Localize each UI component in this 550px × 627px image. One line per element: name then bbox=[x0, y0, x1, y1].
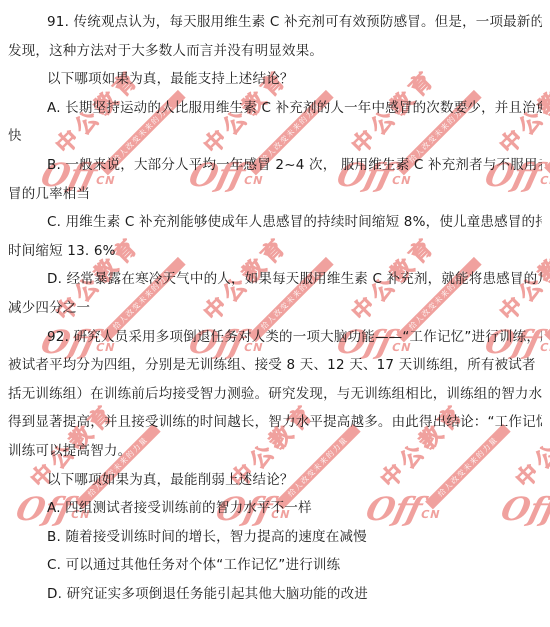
text-line: 发现，这种方法对于大多数人而言并没有明显效果。 bbox=[8, 37, 542, 66]
text-line: 括无训练组）在训练前后均接受智力测验。研究发现，与无训练组相比，训练组的智力水平 bbox=[8, 380, 542, 409]
text-line: 以下哪项如果为真，最能削弱上述结论？ bbox=[8, 466, 542, 495]
text-line: 91. 传统观点认为，每天服用维生素 C 补充剂可有效预防感冒。但是，一项最新的… bbox=[8, 8, 542, 37]
text-line: D. 研究证实多项倒退任务能引起其他大脑功能的改进 bbox=[8, 580, 542, 609]
text-line: 快 bbox=[8, 122, 542, 151]
text-line: 减少四分之一 bbox=[8, 294, 542, 323]
text-line: 被试者平均分为四组，分别是无训练组、接受 8 天、12 天、17 天训练组，所有… bbox=[8, 351, 542, 380]
text-line: D. 经常暴露在寒冷天气中的人，如果每天服用维生素 C 补充剂，就能将患感冒的几… bbox=[8, 265, 542, 294]
text-line: B. 一般来说，大部分人平均一年感冒 2~4 次， 服用维生素 C 补充剂者与不… bbox=[8, 151, 542, 180]
text-line: 冒的几率相当 bbox=[8, 180, 542, 209]
text-line: B. 随着接受训练时间的增长，智力提高的速度在减慢 bbox=[8, 523, 542, 552]
text-line: A. 四组测试者接受训练前的智力水平不一样 bbox=[8, 494, 542, 523]
text-line: 得到显著提高，并且接受训练的时间越长，智力水平提高越多。由此得出结论：“工作记忆… bbox=[8, 408, 542, 437]
text-line: 92. 研究人员采用多项倒退任务对人类的一项大脑功能——“工作记忆”进行训练，所… bbox=[8, 323, 542, 352]
document-page: 中公教育 给人改变未来的力量 Off CN 中公教育 给人改变未来的力量 Off… bbox=[0, 0, 550, 627]
text-line: A. 长期坚持运动的人比服用维生素 C 补充剂的人一年中感冒的次数要少，并且治愈… bbox=[8, 94, 542, 123]
text-line: 训练可以提高智力。 bbox=[8, 437, 542, 466]
text-line: 时间缩短 13. 6% bbox=[8, 237, 542, 266]
text-line: C. 可以通过其他任务对个体“工作记忆”进行训练 bbox=[8, 551, 542, 580]
text-line: C. 用维生素 C 补充剂能够使成年人患感冒的持续时间缩短 8%，使儿童患感冒的… bbox=[8, 208, 542, 237]
document-text-layer: 91. 传统观点认为，每天服用维生素 C 补充剂可有效预防感冒。但是，一项最新的… bbox=[0, 0, 550, 627]
text-line: 以下哪项如果为真，最能支持上述结论？ bbox=[8, 65, 542, 94]
